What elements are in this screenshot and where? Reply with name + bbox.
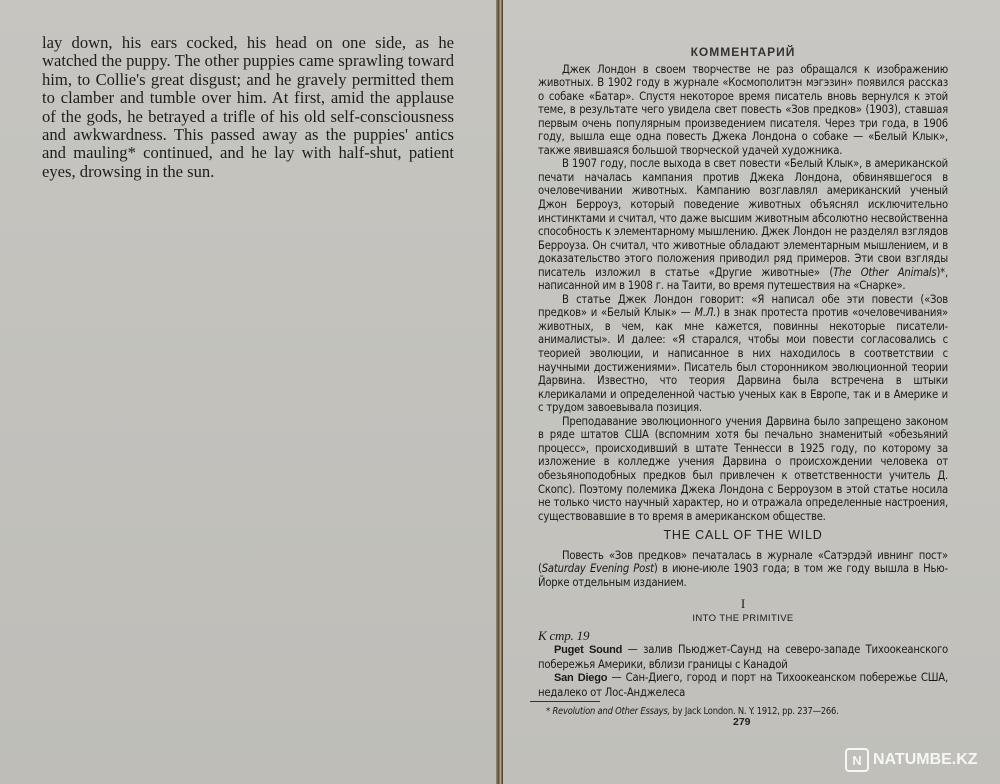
left-page: lay down, his ears cocked, his head on o… xyxy=(0,0,498,784)
commentary-paragraph-2: В 1907 году, после выхода в свет повести… xyxy=(538,157,948,292)
gloss-term: Puget Sound xyxy=(554,644,622,656)
commentary-paragraph-3: В статье Джек Лондон говорит: «Я написал… xyxy=(538,293,948,415)
page-reference: К стр. 19 xyxy=(538,629,948,643)
section-paragraph: Повесть «Зов предков» печаталась в журна… xyxy=(538,549,948,590)
gloss-entry: San Diego — Сан-Диего, город и порт на Т… xyxy=(538,671,948,699)
gloss-entry: Puget Sound — залив Пьюджет-Саунд на сев… xyxy=(538,643,948,671)
section-title: THE CALL OF THE WILD xyxy=(538,529,948,543)
page-number: 279 xyxy=(733,716,751,728)
footnote-divider xyxy=(530,701,600,702)
chapter-number: I xyxy=(538,597,948,611)
chapter-title: INTO THE PRIMITIVE xyxy=(538,612,948,626)
commentary-heading: КОММЕНТАРИЙ xyxy=(538,46,948,60)
watermark: N NATUMBE.KZ xyxy=(845,748,978,772)
gloss-term: San Diego xyxy=(554,672,607,684)
commentary-column: КОММЕНТАРИЙ Джек Лондон в своем творчест… xyxy=(538,46,948,719)
watermark-text: NATUMBE.KZ xyxy=(873,751,978,769)
commentary-paragraph-1: Джек Лондон в своем творчестве не раз об… xyxy=(538,63,948,158)
commentary-paragraph-4: Преподавание эволюционного учения Дарвин… xyxy=(538,415,948,523)
watermark-logo-icon: N xyxy=(845,748,869,772)
left-page-text: lay down, his ears cocked, his head on o… xyxy=(42,34,454,181)
